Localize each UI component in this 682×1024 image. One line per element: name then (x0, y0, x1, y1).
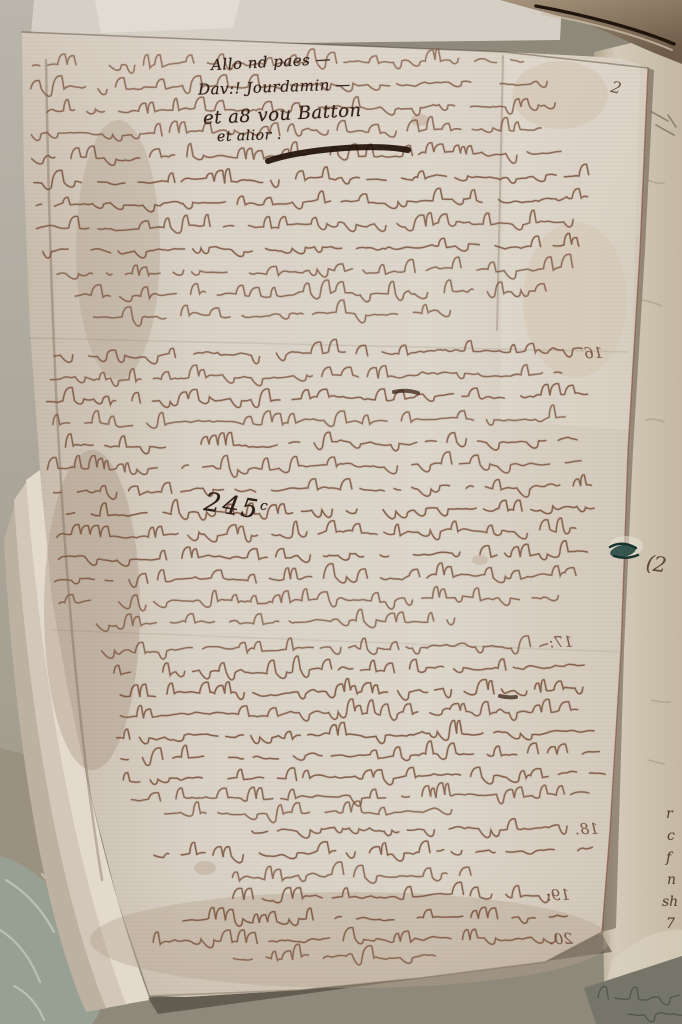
endorsement-line-4: et alior . (217, 127, 282, 145)
under-sheet-top-white (95, 0, 240, 33)
gathering-mark: (2 (644, 551, 667, 577)
letter-fragment: f (666, 850, 671, 866)
paragraph-number: 20. (549, 930, 573, 949)
letter-fragment: sh (662, 894, 678, 910)
archival-manuscript-photo: Allo nd paes — Dav:! Jourdamin — et a8 v… (0, 0, 682, 1024)
paragraph-number: 18. (575, 820, 599, 839)
letter-fragment: n (667, 872, 676, 888)
paragraph-number: 17: (549, 633, 574, 652)
letter-fragment: 7 (666, 916, 675, 932)
binding-thread-knot (609, 536, 643, 560)
letter-fragment: r (666, 806, 673, 822)
manuscript-scene-graphic (0, 0, 682, 1024)
letter-fragment: c (667, 828, 675, 844)
paragraph-number: 16 (584, 344, 604, 363)
paragraph-number: 19: (546, 886, 571, 905)
